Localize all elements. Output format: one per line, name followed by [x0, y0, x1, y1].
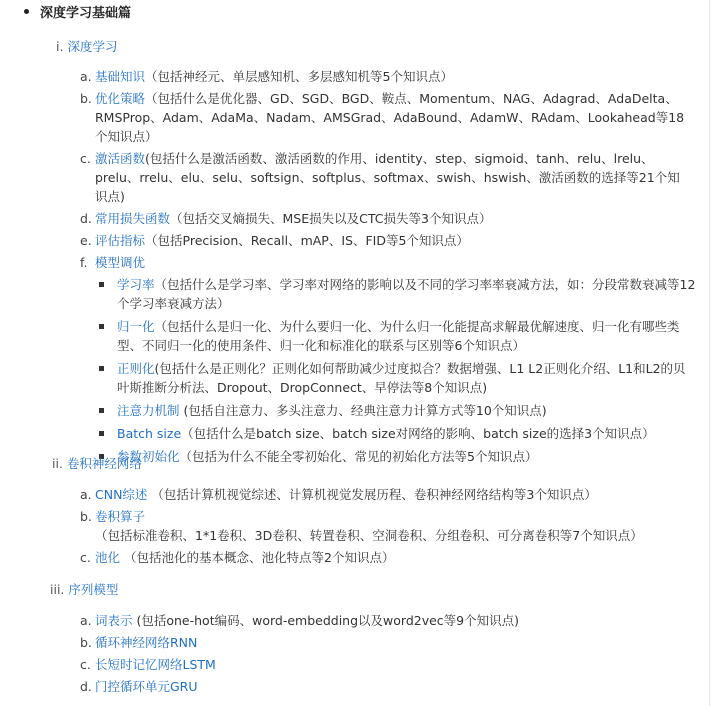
tuning-sublist: 学习率（包括什么是学习率、学习率对网络的影响以及不同的学习率率衰减方法，如：分段…: [80, 275, 697, 466]
topic-desc: （包括神经元、单层感知机、多层感知机等5个知识点）: [145, 69, 453, 84]
list-item: c. 激活函数(包括什么是激活函数、激活函数的作用、identity、step、…: [80, 149, 690, 206]
topic-desc: （包括计算机视觉综述、计算机视觉发展历程、卷积神经网络结构等3个知识点）: [147, 487, 596, 502]
topic-link-lstm[interactable]: 长短时记忆网络LSTM: [95, 657, 216, 672]
chapter-1-list: a. 基础知识（包括神经元、单层感知机、多层感知机等5个知识点） b. 优化策略…: [80, 67, 690, 470]
topic-link-optimizer[interactable]: 优化策略: [95, 91, 145, 106]
subtopic-desc: （包括什么是归一化、为什么要归一化、为什么归一化能提高求解最优解速度、归一化有哪…: [117, 319, 680, 353]
sublist-item: 归一化（包括什么是归一化、为什么要归一化、为什么归一化能提高求解最优解速度、归一…: [117, 317, 697, 355]
topic-desc: （包括什么是优化器、GD、SGD、BGD、鞍点、Momentum、NAG、Ada…: [95, 91, 684, 144]
square-bullet-icon: [99, 408, 104, 413]
topic-desc: (包括什么是激活函数、激活函数的作用、identity、step、sigmoid…: [95, 151, 680, 204]
subtopic-desc: (包括什么是正则化？正则化如何帮助减少过度拟合？数据增强、L1 L2正则化介绍、…: [117, 361, 686, 395]
bullet-icon: [24, 9, 29, 14]
topic-link-rnn[interactable]: 循环神经网络RNN: [95, 635, 197, 650]
topic-desc: （包括交叉熵损失、MSE损失以及CTC损失等3个知识点）: [170, 211, 491, 226]
item-marker: a.: [80, 485, 92, 504]
topic-link-metrics[interactable]: 评估指标: [95, 233, 145, 248]
item-marker: b.: [80, 507, 92, 526]
list-item: d. 门控循环单元GRU: [80, 677, 690, 696]
topic-link-conv-ops[interactable]: 卷积算子: [95, 509, 145, 524]
item-marker: c.: [80, 655, 91, 674]
sublist-item: 注意力机制 (包括自注意力、多头注意力、经典注意力计算方式等10个知识点): [117, 401, 697, 420]
chapter-1: i.深度学习: [56, 37, 117, 56]
subtopic-desc: （包括为什么不能全零初始化、常见的初始化方法等5个知识点）: [180, 449, 538, 464]
list-item: f. 模型调优 学习率（包括什么是学习率、学习率对网络的影响以及不同的学习率率衰…: [80, 253, 690, 466]
list-item: c. 池化 （包括池化的基本概念、池化特点等2个知识点）: [80, 548, 690, 567]
topic-link-gru[interactable]: 门控循环单元GRU: [95, 679, 198, 694]
topic-link-word-repr[interactable]: 词表示: [95, 613, 133, 628]
list-item: a. 词表示 (包括one-hot编码、word-embedding以及word…: [80, 611, 690, 630]
subtopic-desc: （包括什么是batch size、batch size对网络的影响、batch …: [181, 426, 654, 441]
topic-link-tuning[interactable]: 模型调优: [95, 255, 145, 270]
topic-desc: （包括池化的基本概念、池化特点等2个知识点）: [120, 550, 394, 565]
item-marker: c.: [80, 548, 91, 567]
item-marker: d.: [80, 209, 92, 228]
chapter-2-list: a. CNN综述 （包括计算机视觉综述、计算机视觉发展历程、卷积神经网络结构等3…: [80, 485, 690, 570]
chapter-link-sequence[interactable]: 序列模型: [68, 582, 118, 597]
list-item: a. 基础知识（包括神经元、单层感知机、多层感知机等5个知识点）: [80, 67, 690, 86]
list-item: a. CNN综述 （包括计算机视觉综述、计算机视觉发展历程、卷积神经网络结构等3…: [80, 485, 690, 504]
item-marker: a.: [80, 67, 92, 86]
item-marker: f.: [80, 253, 87, 272]
list-item: c. 长短时记忆网络LSTM: [80, 655, 690, 674]
subtopic-link-normalization[interactable]: 归一化: [117, 319, 155, 334]
content-right-border: [709, 0, 710, 706]
list-item: e. 评估指标（包括Precision、Recall、mAP、IS、FID等5个…: [80, 231, 690, 250]
chapter-link-deep-learning[interactable]: 深度学习: [67, 39, 117, 54]
square-bullet-icon: [99, 324, 104, 329]
list-item: b. 优化策略（包括什么是优化器、GD、SGD、BGD、鞍点、Momentum、…: [80, 89, 690, 146]
item-marker: b.: [80, 633, 92, 652]
subtopic-desc: (包括自注意力、多头注意力、经典注意力计算方式等10个知识点): [180, 403, 547, 418]
list-item: d. 常用损失函数（包括交叉熵损失、MSE损失以及CTC损失等3个知识点）: [80, 209, 690, 228]
chapter-marker: ii.: [52, 456, 63, 471]
square-bullet-icon: [99, 366, 104, 371]
topic-desc: （包括标准卷积、1*1卷积、3D卷积、转置卷积、空洞卷积、分组卷积、可分离卷积等…: [95, 528, 643, 543]
square-bullet-icon: [99, 282, 104, 287]
chapter-link-cnn[interactable]: 卷积神经网络: [67, 456, 142, 471]
subtopic-link-batch-size[interactable]: Batch size: [117, 426, 181, 441]
topic-link-loss[interactable]: 常用损失函数: [95, 211, 170, 226]
item-marker: d.: [80, 677, 92, 696]
sublist-item: 正则化(包括什么是正则化？正则化如何帮助减少过度拟合？数据增强、L1 L2正则化…: [117, 359, 697, 397]
subtopic-link-learning-rate[interactable]: 学习率: [117, 277, 155, 292]
item-marker: b.: [80, 89, 92, 108]
topic-link-activation[interactable]: 激活函数: [95, 151, 145, 166]
chapter-3: iii.序列模型: [50, 580, 118, 599]
list-item: b. 循环神经网络RNN: [80, 633, 690, 652]
item-marker: c.: [80, 149, 91, 168]
subtopic-desc: （包括什么是学习率、学习率对网络的影响以及不同的学习率率衰减方法，如：分段常数衰…: [117, 277, 695, 311]
chapter-3-list: a. 词表示 (包括one-hot编码、word-embedding以及word…: [80, 611, 690, 699]
topic-link-pooling[interactable]: 池化: [95, 550, 120, 565]
section-title: 深度学习基础篇: [40, 6, 131, 21]
chapter-marker: iii.: [50, 582, 64, 597]
list-item: b. 卷积算子（包括标准卷积、1*1卷积、3D卷积、转置卷积、空洞卷积、分组卷积…: [80, 507, 690, 545]
chapter-marker: i.: [56, 39, 63, 54]
chapter-2: ii.卷积神经网络: [52, 454, 142, 473]
subtopic-link-attention[interactable]: 注意力机制: [117, 403, 180, 418]
square-bullet-icon: [99, 431, 104, 436]
topic-link-cnn-overview[interactable]: CNN综述: [95, 487, 147, 502]
subtopic-link-regularization[interactable]: 正则化: [117, 361, 155, 376]
topic-desc: （包括Precision、Recall、mAP、IS、FID等5个知识点）: [145, 233, 469, 248]
sublist-item: 参数初始化（包括为什么不能全零初始化、常见的初始化方法等5个知识点）: [117, 447, 697, 466]
topic-link-basics[interactable]: 基础知识: [95, 69, 145, 84]
item-marker: e.: [80, 231, 92, 250]
sublist-item: 学习率（包括什么是学习率、学习率对网络的影响以及不同的学习率率衰减方法，如：分段…: [117, 275, 697, 313]
item-marker: a.: [80, 611, 92, 630]
section-heading: 深度学习基础篇: [24, 4, 131, 23]
sublist-item: Batch size（包括什么是batch size、batch size对网络…: [117, 424, 697, 443]
topic-desc: (包括one-hot编码、word-embedding以及word2vec等9个…: [133, 613, 520, 628]
